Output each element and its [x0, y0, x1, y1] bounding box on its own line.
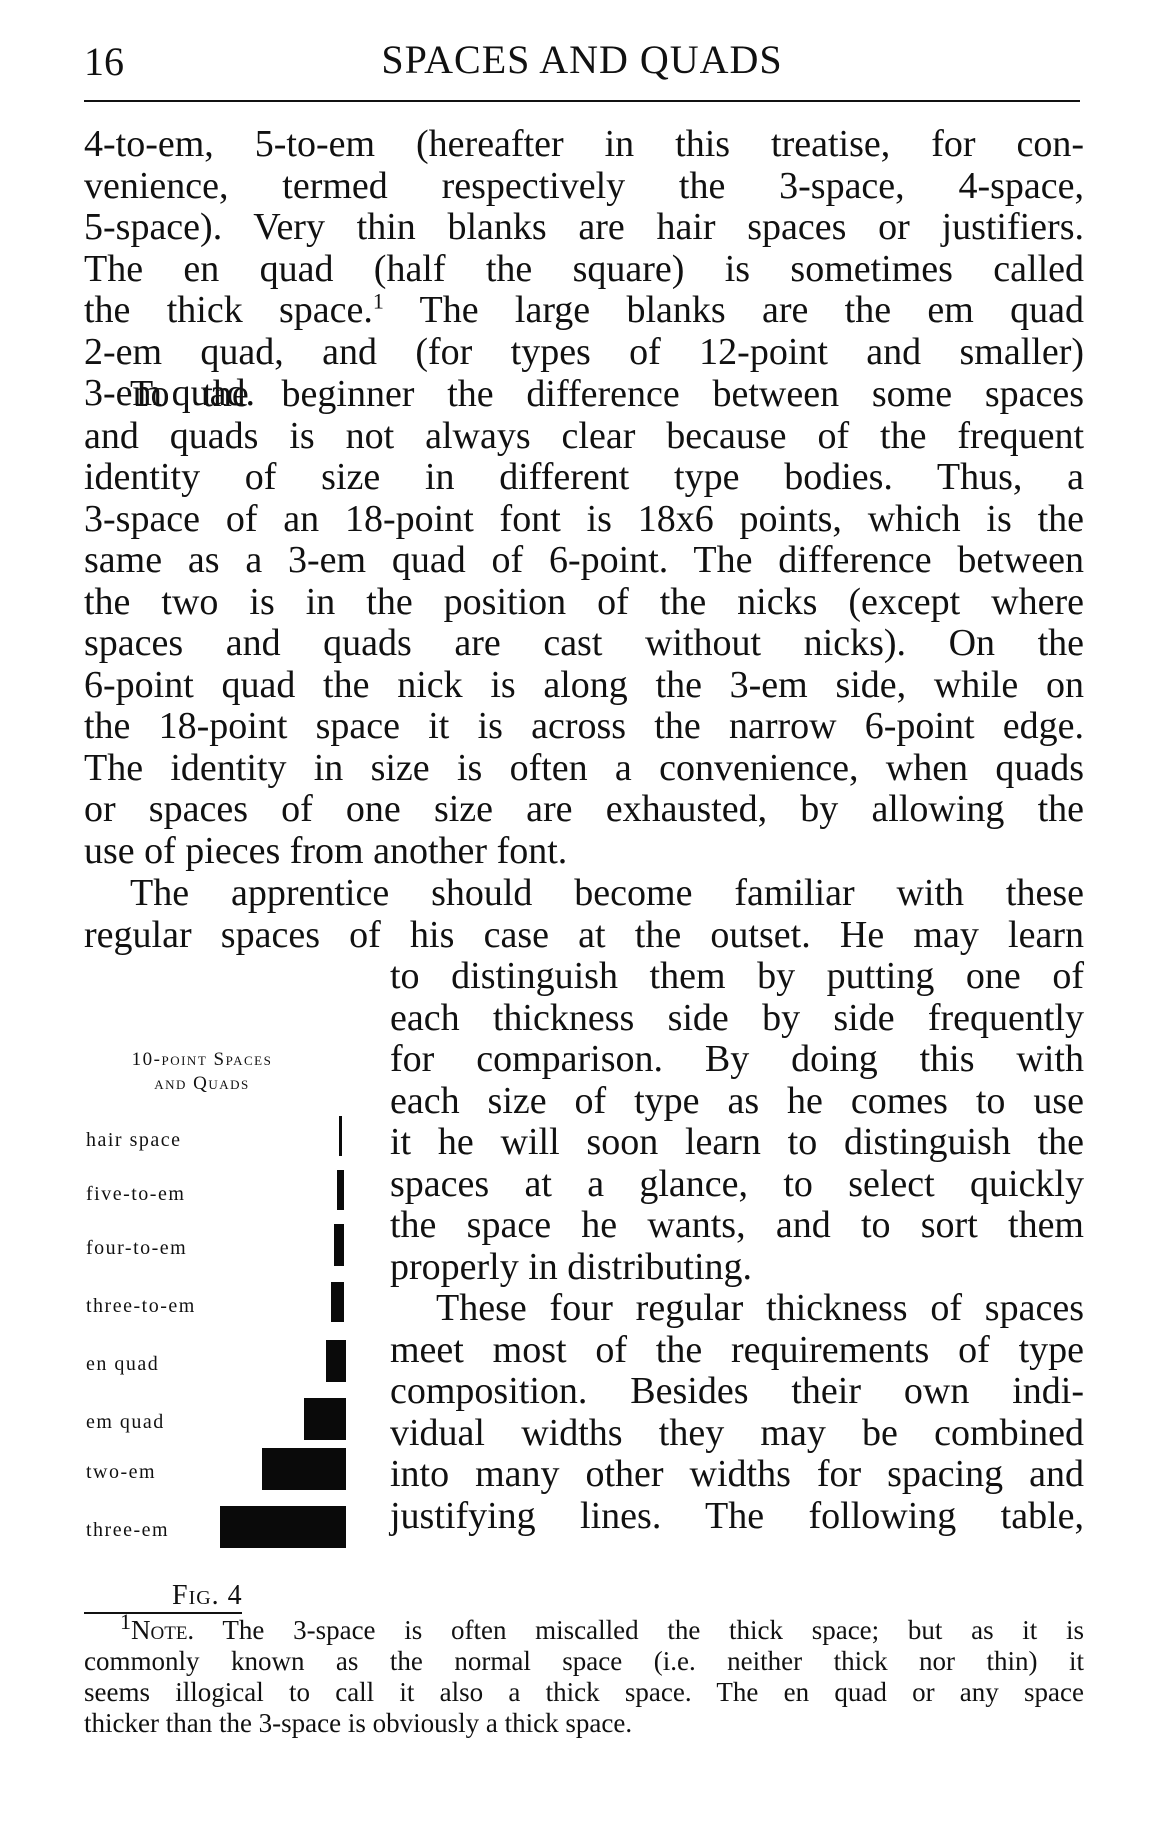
footnote-text: The 3-space is often miscalled the thick… [194, 1615, 1084, 1645]
text-fragment: the thick space. [84, 289, 373, 331]
text-line: The en quad (half the square) is sometim… [84, 249, 1084, 291]
footnote-number: 1 [120, 1609, 131, 1634]
text-line: the 18-point space it is across the narr… [84, 706, 1084, 748]
paragraph-4: These four regular thickness of spaces m… [390, 1288, 1084, 1537]
text-line: composition. Besides their own indi- [390, 1371, 1084, 1413]
text-line: regular spaces of his case at the outset… [84, 915, 1084, 957]
text-line: 3-space of an 18-point font is 18x6 poin… [84, 499, 1084, 541]
footnote-rule [84, 1612, 242, 1614]
figure-title: 10-point Spaces and Quads [84, 1048, 320, 1096]
text-line: 4-to-em, 5-to-em (hereafter in this trea… [84, 124, 1084, 166]
figure-title-line-1: 10-point Spaces [84, 1048, 320, 1072]
text-line: meet most of the requirements of type [390, 1330, 1084, 1372]
text-line: 2-em quad, and (for types of 12-point an… [84, 332, 1084, 374]
figure-row-three-em: three-em [84, 1506, 346, 1546]
four-to-em-bar [334, 1224, 344, 1266]
figure-row-three-to-em: three-to-em [84, 1282, 346, 1322]
text-line: into many other widths for spacing and [390, 1454, 1084, 1496]
text-line: and quads is not always clear because of… [84, 416, 1084, 458]
text-fragment: The large blanks are the em quad [384, 289, 1084, 331]
figure-row-en-quad: en quad [84, 1340, 346, 1380]
figure-label: five-to-em [86, 1183, 185, 1206]
text-line: or spaces of one size are exhausted, by … [84, 789, 1084, 831]
five-to-em-bar [337, 1170, 344, 1210]
text-line: identity of size in different type bodie… [84, 457, 1084, 499]
footnote-marker[interactable]: 1 [373, 288, 384, 313]
paragraph-3: The apprentice should become familiar wi… [84, 873, 1084, 956]
figure-caption: Fig. 4 [172, 1580, 243, 1612]
text-line: same as a 3-em quad of 6-point. The diff… [84, 540, 1084, 582]
figure-label: en quad [86, 1353, 159, 1376]
text-line: for comparison. By doing this with [390, 1039, 1084, 1081]
text-line: each thickness side by side frequently [390, 998, 1084, 1040]
figure-title-line-2: and Quads [84, 1072, 320, 1096]
text-line: to distinguish them by putting one of [390, 956, 1084, 998]
three-em-bar [220, 1506, 346, 1548]
figure-row-em-quad: em quad [84, 1398, 346, 1438]
text-line: vidual widths they may be combined [390, 1413, 1084, 1455]
text-line: the thick space.1 The large blanks are t… [84, 290, 1084, 332]
figure-row-five-to-em: five-to-em [84, 1170, 346, 1210]
em-quad-bar [304, 1398, 346, 1440]
text-line: each size of type as he comes to use [390, 1081, 1084, 1123]
footnote-label: Note. [131, 1615, 194, 1645]
text-line: the space he wants, and to sort them [390, 1205, 1084, 1247]
text-line: The apprentice should become familiar wi… [84, 873, 1084, 915]
text-line: 6-point quad the nick is along the 3-em … [84, 665, 1084, 707]
figure-label: em quad [86, 1411, 165, 1434]
text-line: These four regular thickness of spaces [390, 1288, 1084, 1330]
footnote-line: thicker than the 3-space is obviously a … [84, 1708, 1084, 1739]
text-line: The identity in size is often a convenie… [84, 748, 1084, 790]
paragraph-3-continued: to distinguish them by putting one of ea… [390, 956, 1084, 1288]
figure-label: four-to-em [86, 1237, 187, 1260]
footnote-line: 1Note. The 3-space is often miscalled th… [84, 1615, 1084, 1646]
text-line: the two is in the position of the nicks … [84, 582, 1084, 624]
footnote-line: commonly known as the normal space (i.e.… [84, 1646, 1084, 1677]
figure-row-two-em: two-em [84, 1448, 346, 1488]
en-quad-bar [326, 1340, 346, 1382]
figure-label: two-em [86, 1461, 156, 1484]
text-line: To the beginner the difference between s… [84, 374, 1084, 416]
three-to-em-bar [331, 1282, 344, 1322]
footnote-line: seems illogical to call it also a thick … [84, 1677, 1084, 1708]
paragraph-1: 4-to-em, 5-to-em (hereafter in this trea… [84, 124, 1084, 415]
hair-space-bar [339, 1116, 342, 1156]
page-header: 16 SPACES AND QUADS [84, 28, 1080, 98]
figure-label: three-to-em [86, 1295, 196, 1318]
text-line: venience, termed respectively the 3-spac… [84, 166, 1084, 208]
figure-row-hair-space: hair space [84, 1116, 346, 1156]
figure-label: three-em [86, 1519, 169, 1542]
figure-label: hair space [86, 1129, 182, 1152]
figure-row-four-to-em: four-to-em [84, 1224, 346, 1264]
paragraph-2: To the beginner the difference between s… [84, 374, 1084, 872]
footnote: 1Note. The 3-space is often miscalled th… [84, 1615, 1084, 1739]
header-rule [84, 100, 1080, 102]
text-line: spaces and quads are cast without nicks)… [84, 623, 1084, 665]
text-line: use of pieces from another font. [84, 831, 1084, 873]
text-line: justifying lines. The following table, [390, 1496, 1084, 1538]
text-line: 5-space). Very thin blanks are hair spac… [84, 207, 1084, 249]
text-line: properly in distributing. [390, 1247, 1084, 1289]
two-em-bar [262, 1448, 346, 1490]
running-title: SPACES AND QUADS [84, 36, 1080, 83]
text-line: it he will soon learn to distinguish the [390, 1122, 1084, 1164]
text-line: spaces at a glance, to select quickly [390, 1164, 1084, 1206]
figure-4: 10-point Spaces and Quads hair space fiv… [84, 1048, 346, 1096]
